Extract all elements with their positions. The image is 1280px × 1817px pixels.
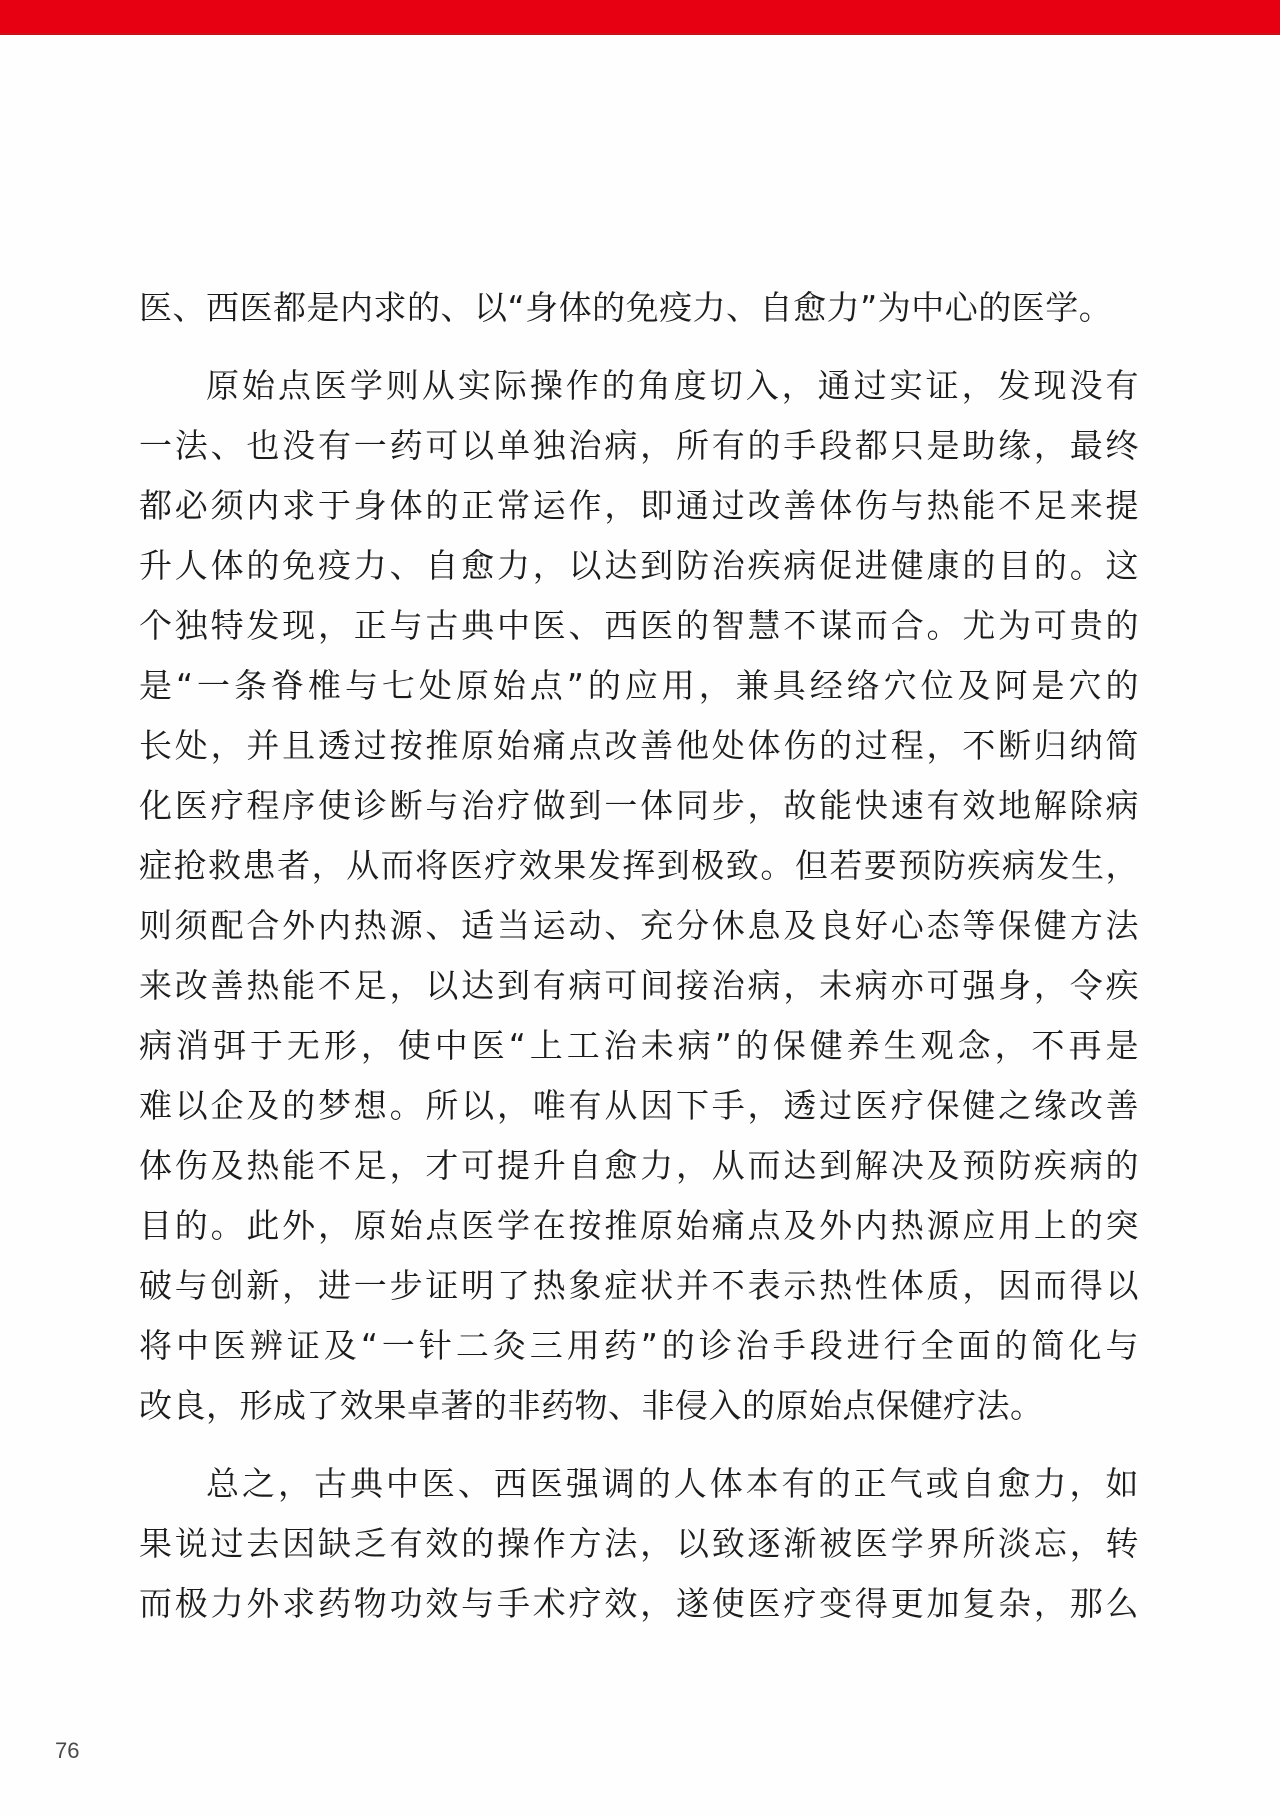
text-line: 症抢救患者，从而将医疗效果发挥到极致。但若要预防疾病发生， (139, 836, 1139, 896)
text-line: 则须配合外内热源、适当运动、充分休息及良好心态等保健方法 (139, 896, 1139, 956)
text-line: 将中医辨证及“一针二灸三用药”的诊治手段进行全面的简化与 (139, 1316, 1139, 1376)
text-line: 难以企及的梦想。所以，唯有从因下手，透过医疗保健之缘改善 (139, 1076, 1139, 1136)
paragraph: 总之，古典中医、西医强调的人体本有的正气或自愈力，如 果说过去因缺乏有效的操作方… (139, 1454, 1139, 1634)
text-line: 目的。此外，原始点医学在按推原始痛点及外内热源应用上的突 (139, 1196, 1139, 1256)
text-line: 是“一条脊椎与七处原始点”的应用，兼具经络穴位及阿是穴的 (139, 656, 1139, 716)
text-line: 破与创新，进一步证明了热象症状并不表示热性体质，因而得以 (139, 1256, 1139, 1316)
text-line: 而极力外求药物功效与手术疗效，遂使医疗变得更加复杂，那么 (139, 1574, 1139, 1634)
paragraph: 原始点医学则从实际操作的角度切入，通过实证，发现没有 一法、也没有一药可以单独治… (139, 356, 1139, 1436)
text-line: 总之，古典中医、西医强调的人体本有的正气或自愈力，如 (139, 1454, 1139, 1514)
text-line: 长处，并且透过按推原始痛点改善他处体伤的过程，不断归纳简 (139, 716, 1139, 776)
text-line: 病消弭于无形，使中医“上工治未病”的保健养生观念，不再是 (139, 1016, 1139, 1076)
text-line: 都必须内求于身体的正常运作，即通过改善体伤与热能不足来提 (139, 476, 1139, 536)
text-line: 医、西医都是内求的、以“身体的免疫力、自愈力”为中心的医学。 (139, 278, 1139, 338)
paragraph: 医、西医都是内求的、以“身体的免疫力、自愈力”为中心的医学。 (139, 278, 1139, 338)
text-line: 原始点医学则从实际操作的角度切入，通过实证，发现没有 (139, 356, 1139, 416)
text-line: 体伤及热能不足，才可提升自愈力，从而达到解决及预防疾病的 (139, 1136, 1139, 1196)
text-line: 化医疗程序使诊断与治疗做到一体同步，故能快速有效地解除病 (139, 776, 1139, 836)
text-line: 个独特发现，正与古典中医、西医的智慧不谋而合。尤为可贵的 (139, 596, 1139, 656)
header-accent-bar (0, 0, 1280, 35)
text-line: 果说过去因缺乏有效的操作方法，以致逐渐被医学界所淡忘，转 (139, 1514, 1139, 1574)
text-line: 改良，形成了效果卓著的非药物、非侵入的原始点保健疗法。 (139, 1376, 1139, 1436)
text-line: 一法、也没有一药可以单独治病，所有的手段都只是助缘，最终 (139, 416, 1139, 476)
text-line: 升人体的免疫力、自愈力，以达到防治疾病促进健康的目的。这 (139, 536, 1139, 596)
text-line: 来改善热能不足，以达到有病可间接治病，未病亦可强身，令疾 (139, 956, 1139, 1016)
page-number: 76 (55, 1738, 79, 1764)
page-body: 医、西医都是内求的、以“身体的免疫力、自愈力”为中心的医学。 原始点医学则从实际… (139, 278, 1139, 1634)
